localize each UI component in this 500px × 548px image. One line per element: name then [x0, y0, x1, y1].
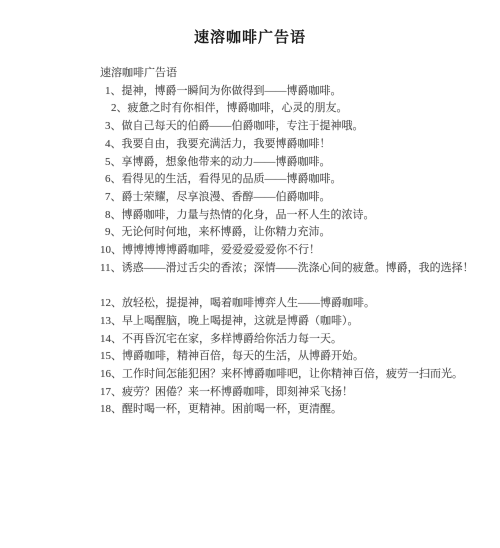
list-heading: 速溶咖啡广告语 [100, 65, 474, 83]
slogan-line: 6、看得见的生活，看得见的品质——博爵咖啡。 [100, 171, 474, 189]
slogan-line: 1、提神，博爵一瞬间为你做得到——博爵咖啡。 [100, 83, 474, 101]
slogan-list: 1、提神，博爵一瞬间为你做得到——博爵咖啡。2、疲惫之时有你相伴，博爵咖啡，心灵… [100, 83, 474, 419]
slogan-line: 4、我要自由，我要充满活力，我要博爵咖啡！ [100, 136, 474, 154]
slogan-line: 3、做自己每天的伯爵——伯爵咖啡，专注于提神哦。 [100, 118, 474, 136]
slogan-line: 16、工作时间怎能犯困？来杯博爵咖啡吧，让你精神百倍，疲劳一扫而光。 [100, 366, 474, 384]
slogan-line: 12、放轻松，提提神，喝着咖啡博弈人生——博爵咖啡。 [100, 295, 474, 313]
document-body: 速溶咖啡广告语 1、提神，博爵一瞬间为你做得到——博爵咖啡。2、疲惫之时有你相伴… [100, 65, 474, 419]
document-page: 速溶咖啡广告语 速溶咖啡广告语 1、提神，博爵一瞬间为你做得到——博爵咖啡。2、… [0, 0, 500, 548]
slogan-line: 11、诱惑——滑过舌尖的香浓；深情——洗涤心间的疲惫。博爵，我的选择！ [100, 260, 474, 278]
slogan-line: 17、疲劳？困倦？来一杯博爵咖啡，即刻神采飞扬！ [100, 384, 474, 402]
slogan-line: 2、疲惫之时有你相伴，博爵咖啡，心灵的朋友。 [100, 100, 474, 118]
slogan-line: 10、博博博博博爵咖啡，爱爱爱爱爱你不行！ [100, 242, 474, 260]
slogan-line: 5、享博爵，想象他带来的动力——博爵咖啡。 [100, 154, 474, 172]
slogan-line: 8、博爵咖啡，力量与热情的化身，品一杯人生的浓诗。 [100, 207, 474, 225]
slogan-line: 18、醒时喝一杯，更精神。困前喝一杯，更清醒。 [100, 401, 474, 419]
slogan-line: 13、早上喝醒脑，晚上喝提神，这就是博爵（咖啡）。 [100, 313, 474, 331]
document-title: 速溶咖啡广告语 [0, 0, 500, 47]
slogan-line: 14、不再昏沉宅在家，多样博爵给你活力每一天。 [100, 331, 474, 349]
slogan-line: 15、博爵咖啡，精神百倍，每天的生活，从博爵开始。 [100, 348, 474, 366]
slogan-line: 9、无论何时何地，来杯博爵，让你精力充沛。 [100, 224, 474, 242]
slogan-line: 7、爵士荣耀，尽享浪漫、香醇——伯爵咖啡。 [100, 189, 474, 207]
